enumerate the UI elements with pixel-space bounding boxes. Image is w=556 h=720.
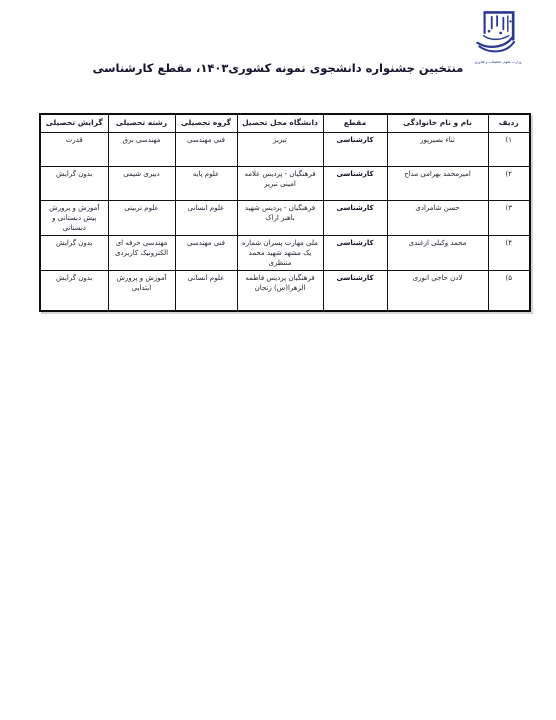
cell-full-name: ثناء بصیرپور [387, 132, 488, 166]
cell-orientation: بدون گرایش [40, 271, 108, 311]
table-row: ۵) لادن حاجی انوری کارشناسی فرهنگیان پرد… [40, 271, 530, 311]
cell-degree: کارشناسی [323, 166, 387, 200]
cell-field: آموزش و پرورش ابتدایی [108, 271, 175, 311]
ministry-emblem-icon [471, 8, 525, 58]
table-row: ۲) امیرمحمد بهرامی مداح کارشناسی فرهنگیا… [40, 166, 530, 200]
cell-degree: کارشناسی [323, 235, 387, 270]
cell-orientation: بدون گرایش [40, 166, 108, 200]
cell-field: دبیری شیمی [108, 166, 175, 200]
cell-degree: کارشناسی [323, 271, 387, 311]
student-affairs-logo: وزارت علوم، تحقیقات و فناوری [460, 8, 536, 64]
cell-group: علوم انسانی [175, 200, 237, 235]
results-table: ردیف نام و نام خانوادگی مقطع دانشگاه محل… [39, 113, 531, 312]
cell-university: تبریز [237, 132, 323, 166]
header-radif: ردیف [488, 114, 530, 132]
cell-group: فنی مهندسی [175, 132, 237, 166]
cell-full-name: محمد وکیلی ازغندی [387, 235, 488, 270]
cell-university: فرهنگیان - پردیس شهید باهنر اراک [237, 200, 323, 235]
results-table-container: ردیف نام و نام خانوادگی مقطع دانشگاه محل… [39, 113, 529, 312]
table-row: ۱) ثناء بصیرپور کارشناسی تبریز فنی مهندس… [40, 132, 530, 166]
header-degree: مقطع [323, 114, 387, 132]
header-field: رشته تحصیلی [108, 114, 175, 132]
header-full-name: نام و نام خانوادگی [387, 114, 488, 132]
cell-radif: ۲) [488, 166, 530, 200]
cell-radif: ۱) [488, 132, 530, 166]
cell-full-name: حسن شامرادی [387, 200, 488, 235]
cell-degree: کارشناسی [323, 200, 387, 235]
cell-field: مهندسی حرفه ای الکترونیک کاربردی [108, 235, 175, 270]
header-university: دانشگاه محل تحصیل [237, 114, 323, 132]
cell-orientation: بدون گرایش [40, 235, 108, 270]
cell-university: ملی مهارت پسران شماره یک مشهد شهید محمد … [237, 235, 323, 270]
cell-full-name: لادن حاجی انوری [387, 271, 488, 311]
cell-radif: ۳) [488, 200, 530, 235]
cell-orientation: قدرت [40, 132, 108, 166]
header-orientation: گرایش تحصیلی [40, 114, 108, 132]
cell-degree: کارشناسی [323, 132, 387, 166]
cell-university: فرهنگیان - پردیس علامه امینی تبریز [237, 166, 323, 200]
table-header-row: ردیف نام و نام خانوادگی مقطع دانشگاه محل… [40, 114, 530, 132]
table-row: ۴) محمد وکیلی ازغندی کارشناسی ملی مهارت … [40, 235, 530, 270]
cell-group: فنی مهندسی [175, 235, 237, 270]
cell-full-name: امیرمحمد بهرامی مداح [387, 166, 488, 200]
cell-radif: ۵) [488, 271, 530, 311]
cell-university: فرهنگیان پردیس فاطمه الزهرا(س) زنجان [237, 271, 323, 311]
cell-group: علوم پایه [175, 166, 237, 200]
cell-orientation: آموزش و پرورش پیش دبستانی و دبستانی [40, 200, 108, 235]
page-title: منتخبین جشنواره دانشجوی نمونه کشوری۱۴۰۳،… [0, 61, 556, 75]
header-group: گروه تحصیلی [175, 114, 237, 132]
scanned-document-page: وزارت علوم، تحقیقات و فناوری منتخبین جشن… [0, 0, 556, 720]
cell-field: مهندسی برق [108, 132, 175, 166]
cell-group: علوم انسانی [175, 271, 237, 311]
cell-radif: ۴) [488, 235, 530, 270]
cell-field: علوم تربیتی [108, 200, 175, 235]
table-row: ۳) حسن شامرادی کارشناسی فرهنگیان - پردیس… [40, 200, 530, 235]
